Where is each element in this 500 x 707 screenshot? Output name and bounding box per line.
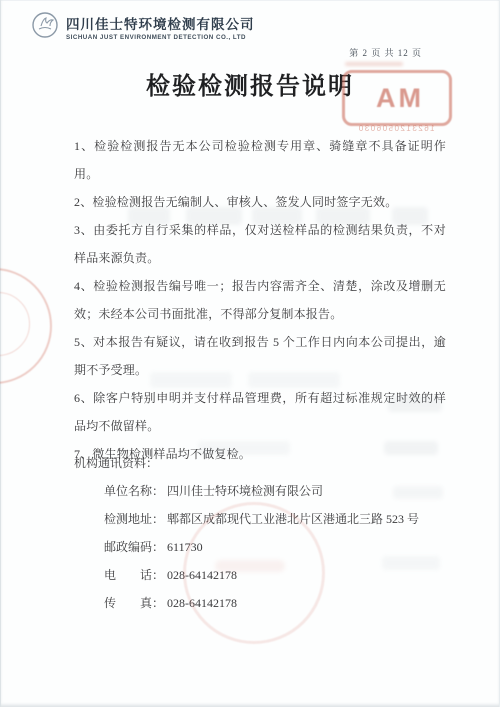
cma-stamp-bleedthrough: MA [342, 70, 452, 126]
bleedthrough-mark [382, 556, 440, 570]
contact-value: 四川佳士特环境检测有限公司 [167, 484, 323, 498]
page-number: 第 2 页 共 12 页 [349, 46, 422, 59]
company-name-cn: 四川佳士特环境检测有限公司 [66, 13, 356, 33]
scanned-report-page: 四川佳士特环境检测有限公司 SICHUAN JUST ENVIRONMENT D… [0, 0, 500, 707]
contact-label: 邮政编码： [104, 533, 164, 561]
round-stamp-bleedthrough [183, 502, 325, 644]
bleedthrough-mark [252, 207, 302, 225]
bleedthrough-mark [384, 441, 438, 455]
contact-label: 传 真： [104, 589, 164, 617]
company-header: 四川佳士特环境检测有限公司 SICHUAN JUST ENVIRONMENT D… [32, 12, 356, 45]
report-notes: 1、检验检测报告无本公司检验检测专用章、骑缝章不具备证明作用。 2、检验检测报告… [74, 132, 446, 468]
bleedthrough-mark [150, 372, 232, 388]
contact-label: 检测地址： [104, 505, 164, 533]
contact-label: 电 话： [104, 561, 164, 589]
bleedthrough-mark [128, 207, 170, 225]
round-stamp-inner-mark [215, 560, 285, 572]
company-name-en: SICHUAN JUST ENVIRONMENT DETECTION CO., … [66, 34, 246, 41]
red-ink-smudge [345, 62, 403, 66]
contact-label: 单位名称： [104, 477, 164, 505]
report-note-4: 4、检验检测报告编号唯一；报告内容需齐全、清楚，涂改及增删无效；未经本公司书面批… [74, 272, 446, 328]
bleedthrough-mark [248, 372, 340, 388]
bleedthrough-mark [316, 207, 370, 225]
company-names: 四川佳士特环境检测有限公司 SICHUAN JUST ENVIRONMENT D… [66, 12, 356, 45]
report-note-1: 1、检验检测报告无本公司检验检测专用章、骑缝章不具备证明作用。 [74, 132, 446, 188]
cma-stamp-letters: MA [373, 83, 421, 114]
bleedthrough-mark [392, 207, 428, 225]
bleedthrough-mark [393, 486, 443, 499]
bleedthrough-mark [198, 441, 290, 455]
bleedthrough-mark [186, 207, 242, 225]
company-logo-icon [32, 12, 58, 38]
report-note-6: 6、除客户特别申明并支付样品管理费，所有超过标准规定时效的样品均不做留样。 [74, 384, 446, 440]
bleedthrough-mark [388, 396, 442, 412]
